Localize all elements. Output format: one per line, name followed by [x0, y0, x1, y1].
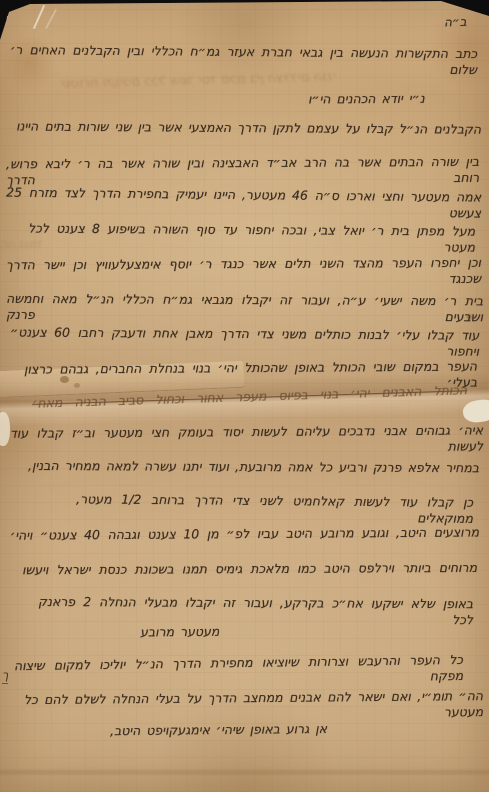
handwritten-line: במחיר אלפא פרנק ורביע כל אמה מרובעת, ועו… — [28, 458, 479, 476]
handwritten-line: כתב התקשרות הנעשה בין גבאי חברת אעזר גמ״… — [10, 42, 477, 78]
handwritten-line: מעטער מרובע — [140, 624, 219, 641]
handwritten-line: באופן שלא ישקעו אח״כ בקרקע, ועבור זה יקב… — [38, 594, 473, 628]
handwritten-line: איה׳ גבוהים אבני נדבכים עליהם לעשות יסוד… — [10, 422, 483, 457]
handwritten-line: מרוצעים היטב, וגובע מרובע היטב עביו לפ״ … — [10, 524, 479, 543]
handwritten-line: אן גרוע באופן שיהי׳ אימגעקויפט היטב, — [110, 721, 327, 739]
header-bh-mark: ב״ה — [444, 14, 467, 31]
handwritten-text-layer: ב״ה כתב התקשרות הנעשה בין גבאי חברת אעזר… — [0, 0, 489, 792]
handwritten-line: מעל מפתן בית ר׳ יואל צבי, ובכה יחפור עד … — [28, 220, 475, 255]
handwritten-line: עוד קבלו עלי׳ לבנות כותלים משני צדי הדרך… — [10, 324, 479, 359]
handwritten-line: אמה מעטער וחצי וארכו ס״ה 46 מעטער, היינו… — [6, 185, 481, 222]
margin-mark: ך — [2, 668, 8, 684]
scanned-page: שטרות וקנינים ככל אשר יסד סכם בין הצדדים… — [0, 0, 489, 792]
handwritten-line: בית ר׳ משה ישעי׳ ע״ה, ועבור זה יקבלו מגב… — [6, 291, 483, 325]
handwritten-line: נ״י יודא הכהנים הי״ו — [308, 91, 425, 108]
handwritten-line: מרוחים ביותר וירלפס היטב כמו מלאכת גימיס… — [22, 560, 477, 578]
handwritten-line: כן קבלו עוד לעשות קאלחמיט לשני צדי הדרך … — [76, 491, 473, 526]
paper-sheet: שטרות וקנינים ככל אשר יסד סכם בין הצדדים… — [0, 0, 489, 792]
handwritten-line: בין שורה הבתים אשר בה הרב אב״ד האבצינה ו… — [6, 154, 479, 188]
handwritten-line: הה״ תומ״י, ואם ישאר להם אבנים ממחצב הדרך… — [24, 688, 483, 724]
handwritten-line: הקבלנים הנ״ל קבלו על עצמם לתקן הדרך האמצ… — [16, 118, 481, 137]
handwritten-line: וכן יחפרו העפר מהצד השני תלים אשר כנגד ר… — [6, 255, 481, 289]
handwritten-line: כל העפר והרעבש וצרורות שיוציאו מחפירת הד… — [14, 652, 463, 690]
